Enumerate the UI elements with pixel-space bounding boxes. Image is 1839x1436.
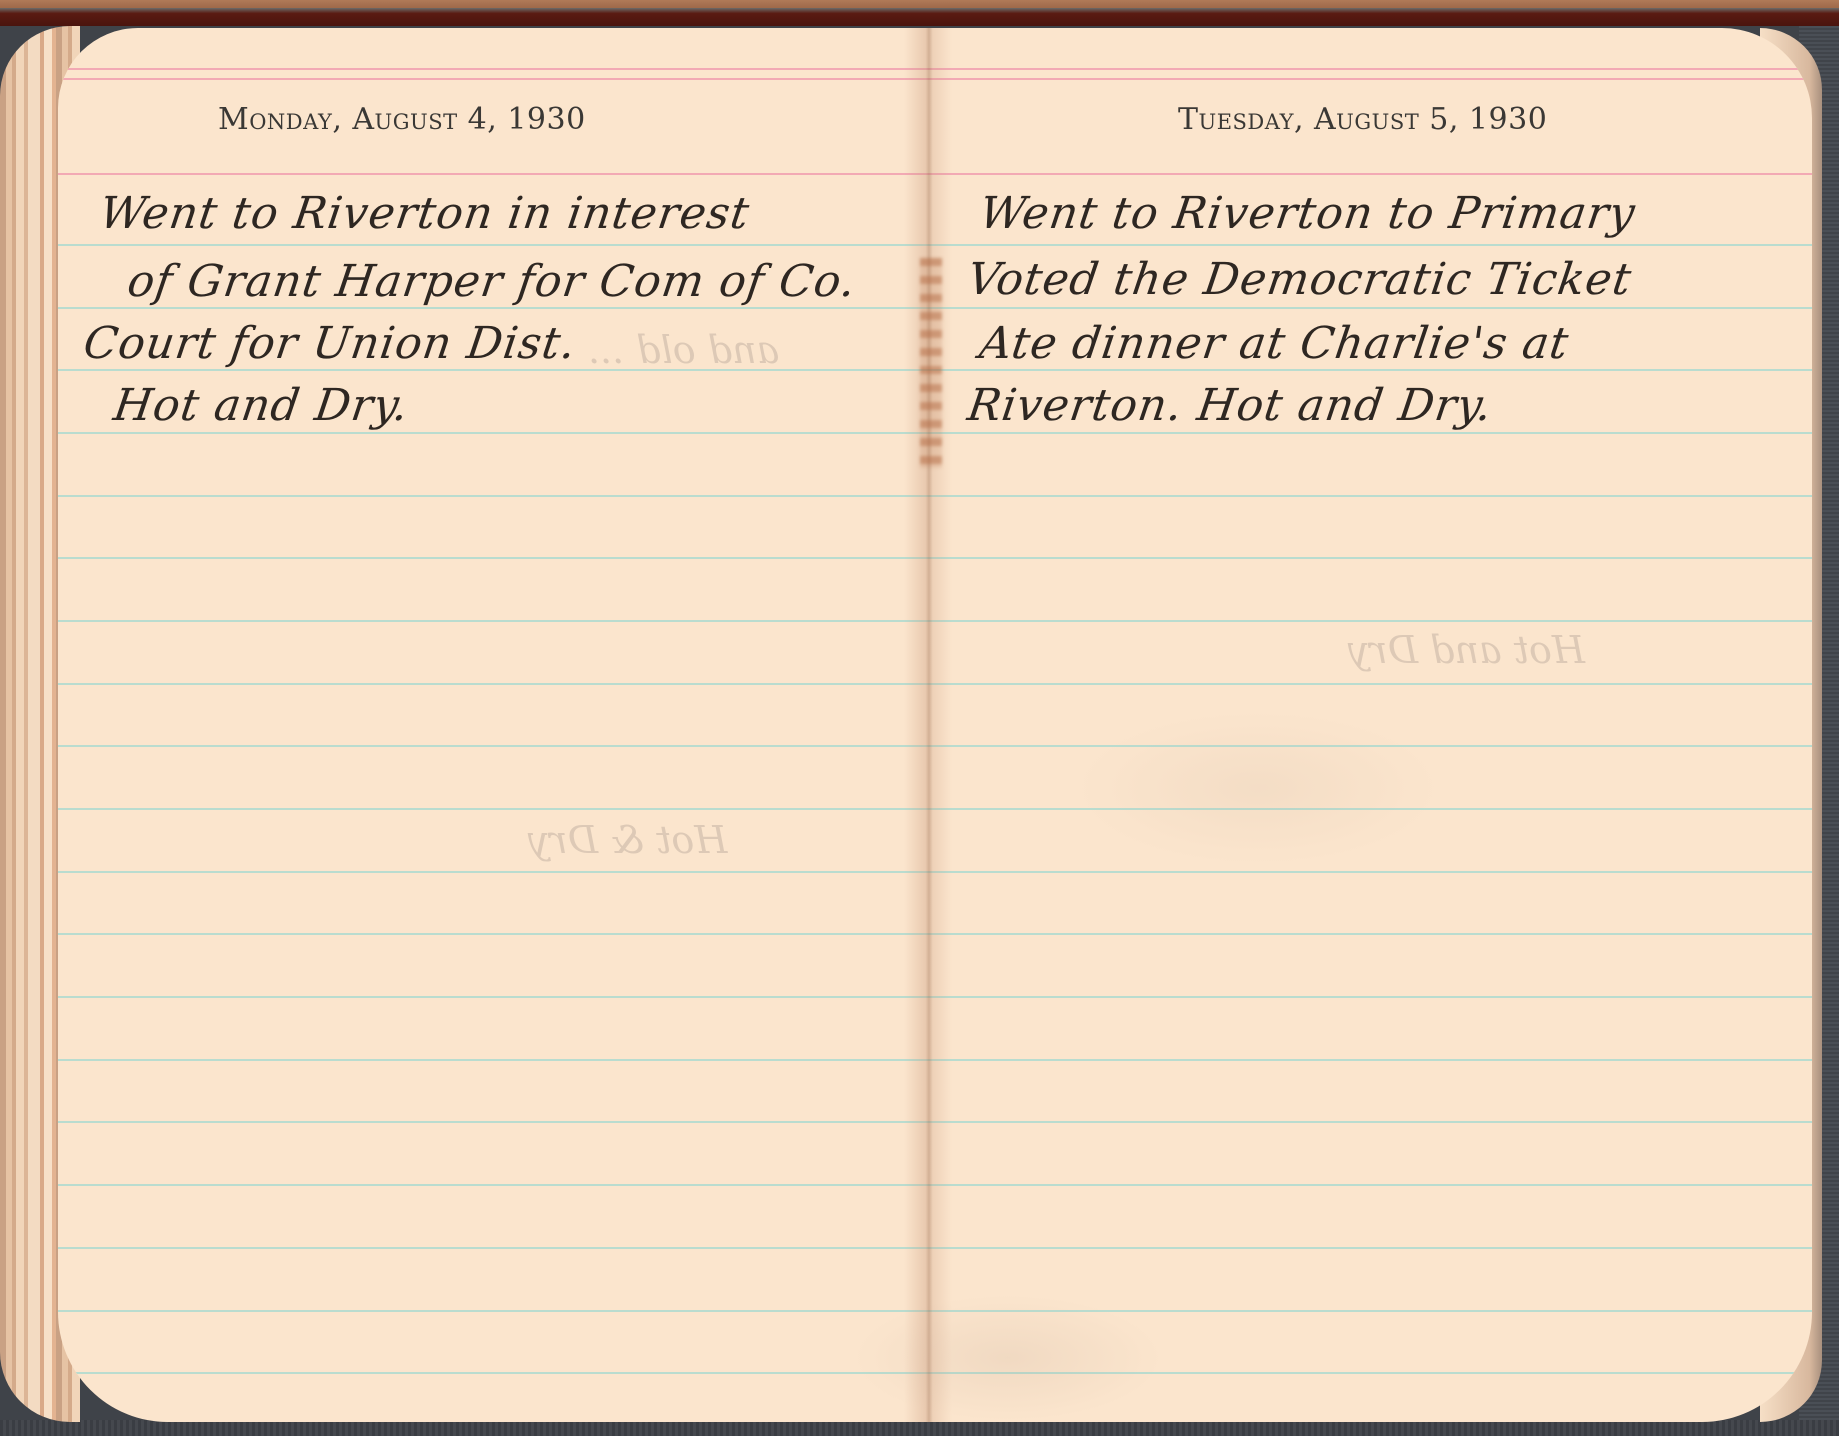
entry-line-3: Ate dinner at Charlie's at bbox=[976, 318, 1572, 369]
entry-line-2: of Grant Harper for Com of Co. bbox=[124, 256, 859, 307]
entry-line-1: Went to Riverton in interest bbox=[96, 188, 752, 239]
entry-line-2: Voted the Democratic Ticket bbox=[964, 254, 1635, 305]
left-page: Monday, August 4, 1930 and old ... Hot &… bbox=[58, 28, 928, 1422]
background-bottom bbox=[0, 1420, 1839, 1436]
page-date-header: Monday, August 4, 1930 bbox=[58, 102, 928, 137]
entry-line-1: Went to Riverton to Primary bbox=[976, 188, 1638, 239]
page-date-header: Tuesday, August 5, 1930 bbox=[928, 102, 1812, 137]
right-page: Tuesday, August 5, 1930 Hot and Dry Went… bbox=[928, 28, 1812, 1422]
bleed-through-text: Hot and Dry bbox=[1348, 628, 1585, 672]
entry-line-3: Court for Union Dist. bbox=[80, 318, 579, 369]
entry-line-4: Hot and Dry. bbox=[110, 380, 412, 431]
book-binding-band bbox=[0, 8, 1839, 26]
diary-spread: Monday, August 4, 1930 and old ... Hot &… bbox=[58, 28, 1812, 1422]
entry-line-4: Riverton. Hot and Dry. bbox=[964, 380, 1495, 431]
bleed-through-text: Hot & Dry bbox=[528, 818, 727, 862]
bleed-through-text: and old ... bbox=[588, 328, 779, 372]
